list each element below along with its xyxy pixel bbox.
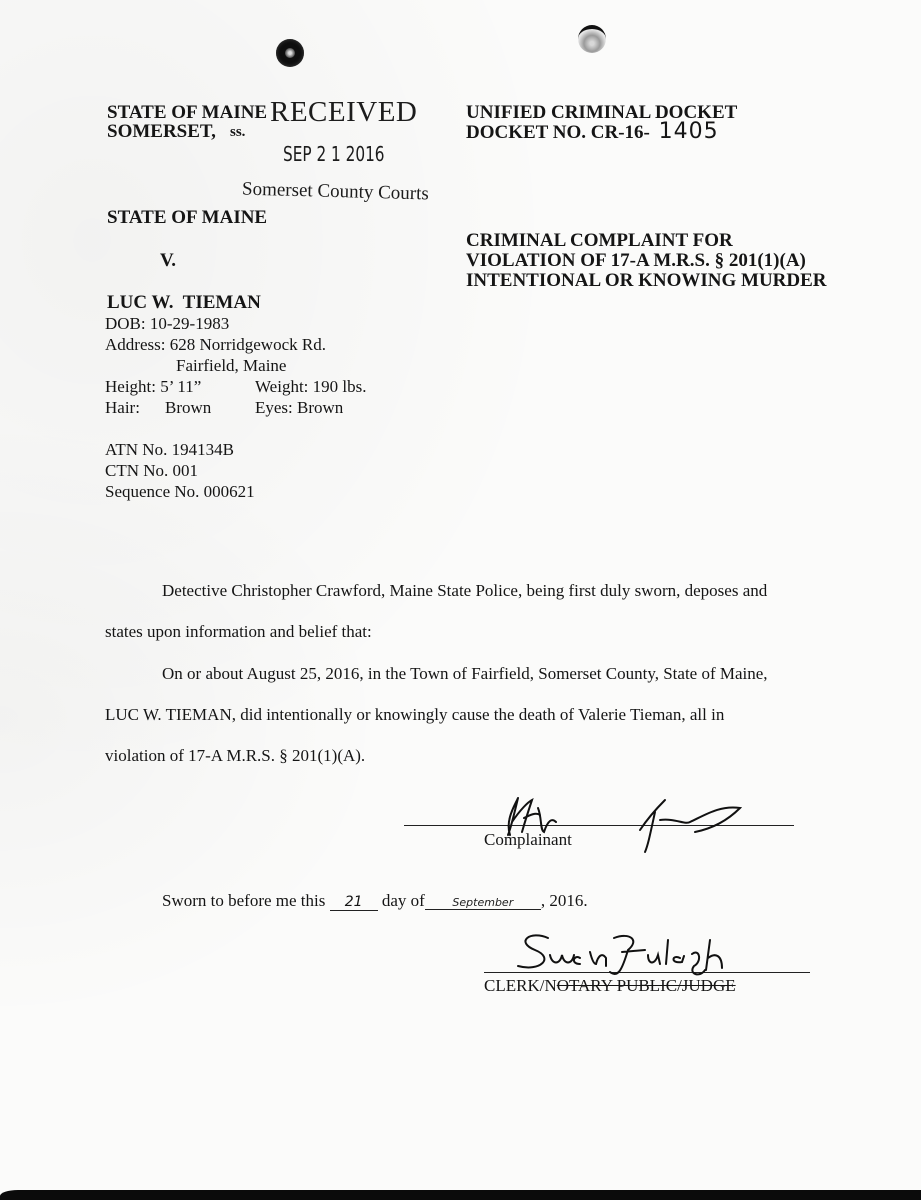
body-para2-line1: On or about August 25, 2016, in the Town…: [162, 664, 768, 684]
sworn-month: September: [425, 896, 541, 910]
sequence-number: Sequence No. 000621: [105, 482, 255, 502]
clerk-label: CLERK/NOTARY PUBLIC/JUDGE: [484, 976, 736, 996]
punch-hole-left: [276, 39, 304, 67]
defendant-address-line1: Address: 628 Norridgewock Rd.: [105, 335, 326, 355]
caption-state: STATE OF MAINE: [107, 102, 267, 123]
scan-bottom-edge: [0, 1190, 921, 1200]
sworn-prefix: Sworn to before me this: [162, 891, 325, 910]
defendant-height: Height: 5’ 11”: [105, 377, 201, 397]
defendant-dob: DOB: 10-29-1983: [105, 314, 229, 334]
sworn-suffix: , 2016.: [541, 891, 588, 910]
body-para1-line2: states upon information and belief that:: [105, 622, 372, 642]
docket-number-handwritten: 1405: [659, 119, 719, 144]
sworn-mid: day of: [382, 891, 425, 910]
defendant-weight: Weight: 190 lbs.: [255, 377, 367, 397]
received-stamp-court: Somerset County Courts: [242, 179, 429, 206]
complaint-title-line1: CRIMINAL COMPLAINT FOR: [466, 230, 733, 251]
complainant-label: Complainant: [484, 830, 572, 850]
complaint-title-line3: INTENTIONAL OR KNOWING MURDER: [466, 270, 827, 291]
defendant-name: LUC W. TIEMAN: [107, 292, 261, 313]
defendant-hair-label: Hair:: [105, 398, 140, 418]
caption-ss: ss.: [230, 124, 245, 141]
versus: V.: [160, 250, 176, 271]
clerk-label-kept: CLERK/N: [484, 976, 557, 995]
body-para2-line3: violation of 17-A M.R.S. § 201(1)(A).: [105, 746, 365, 766]
complaint-title-line2: VIOLATION OF 17-A M.R.S. § 201(1)(A): [466, 250, 806, 271]
clerk-label-struck: OTARY PUBLIC/JUDGE: [557, 976, 736, 995]
ctn-number: CTN No. 001: [105, 461, 198, 481]
atn-number: ATN No. 194134B: [105, 440, 234, 460]
sworn-day: 21: [330, 894, 378, 911]
received-stamp: RECEIVED: [270, 96, 417, 129]
docket-number: DOCKET NO. CR-16- 1405: [466, 121, 719, 143]
body-para1-line1: Detective Christopher Crawford, Maine St…: [162, 581, 767, 601]
defendant-address-line2: Fairfield, Maine: [176, 356, 286, 376]
body-para2-line2: LUC W. TIEMAN, did intentionally or know…: [105, 705, 724, 725]
defendant-eyes: Eyes: Brown: [255, 398, 343, 418]
punch-hole-right: [578, 25, 606, 53]
sworn-statement: Sworn to before me this 21 day ofSeptemb…: [162, 891, 588, 911]
caption-county: SOMERSET,: [107, 121, 216, 142]
plaintiff: STATE OF MAINE: [107, 207, 267, 228]
received-stamp-date: SEP 2 1 2016: [283, 142, 385, 166]
defendant-hair: Brown: [165, 398, 211, 418]
docket-prefix: DOCKET NO. CR-16-: [466, 122, 650, 143]
